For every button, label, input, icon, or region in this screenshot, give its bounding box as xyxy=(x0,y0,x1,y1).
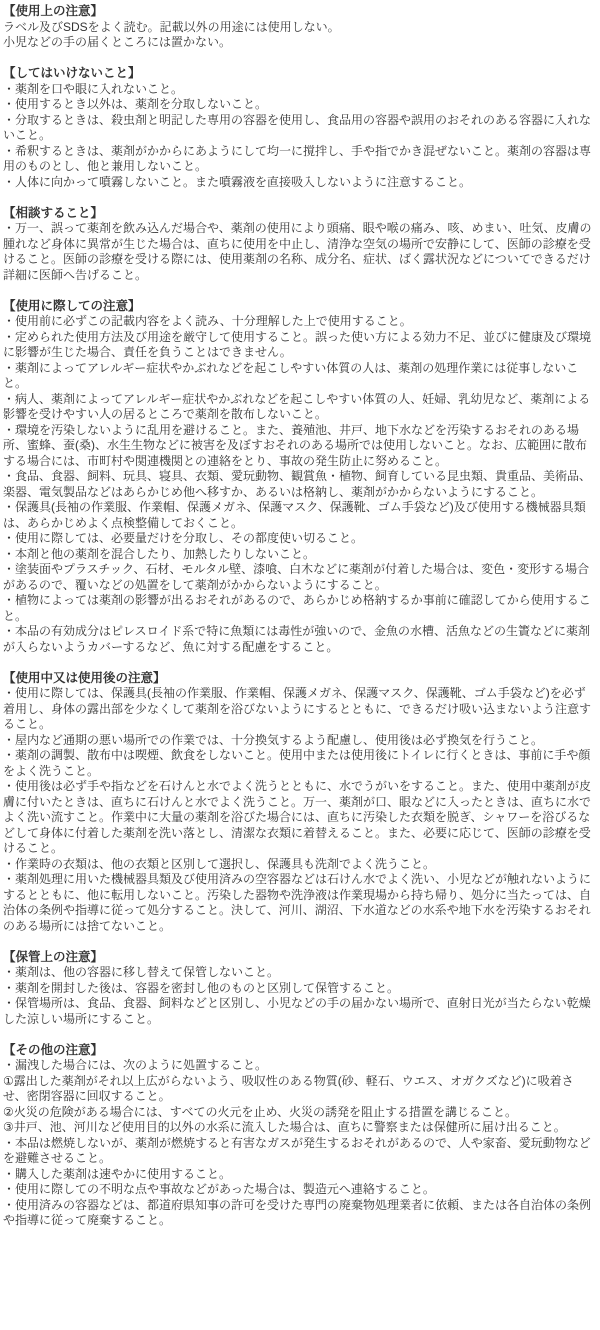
notice-paragraph: ・保護具(長袖の作業服、作業帽、保護メガネ、保護マスク、保護靴、ゴム手袋など)及… xyxy=(3,500,597,531)
notice-paragraph: ・薬剤の調製、散布中は喫煙、飲食をしないこと。使用中または使用後にトイレに行くと… xyxy=(3,748,597,779)
notice-paragraph: ・定められた使用方法及び用途を厳守して使用すること。誤った使い方による効力不足、… xyxy=(3,330,597,361)
notice-paragraph: ・植物によっては薬剤の影響が出るおそれがあるので、あらかじめ格納するか事前に確認… xyxy=(3,593,597,624)
notice-paragraph: ②火災の危険がある場合には、すべての火元を止め、火災の誘発を阻止する措置を講じる… xyxy=(3,1105,597,1121)
notice-paragraph: ・薬剤によってアレルギー症状やかぶれなどを起こしやすい体質の人は、薬剤の処理作業… xyxy=(3,361,597,392)
notice-paragraph: 小児などの手の届くところには置かない。 xyxy=(3,35,597,51)
notice-paragraph: ・塗装面やプラスチック、石材、モルタル壁、漆喰、白木などに薬剤が付着した場合は、… xyxy=(3,562,597,593)
notice-paragraph: ・万一、誤って薬剤を飲み込んだ場合や、薬剤の使用により頭痛、眼や喉の痛み、咳、め… xyxy=(3,221,597,283)
notice-paragraph: ・人体に向かって噴霧しないこと。また噴霧液を直接吸入しないように注意すること。 xyxy=(3,175,597,191)
section-title: 【相談すること】 xyxy=(3,206,597,222)
notice-paragraph: ・購入した薬剤は速やかに使用すること。 xyxy=(3,1167,597,1183)
notice-paragraph: ・作業時の衣類は、他の衣類と区別して選択し、保護具も洗剤でよく洗うこと。 xyxy=(3,857,597,873)
notice-paragraph: ・薬剤処理に用いた機械器具類及び使用済みの空容器などは石けん水でよく洗い、小児な… xyxy=(3,872,597,934)
section-title: 【してはいけないこと】 xyxy=(3,66,597,82)
notice-paragraph: ・分取するときは、殺虫剤と明記した専用の容器を使用し、食品用の容器や誤用のおそれ… xyxy=(3,113,597,144)
notice-section: 【使用中又は使用後の注意】・使用に際しては、保護具(長袖の作業服、作業帽、保護メ… xyxy=(3,671,597,935)
notice-paragraph: ・使用に際しての不明な点や事故などがあった場合は、製造元へ連絡すること。 xyxy=(3,1182,597,1198)
document-body: 【使用上の注意】ラベル及びSDSをよく読む。記載以外の用途には使用しない。小児な… xyxy=(3,4,597,1229)
notice-paragraph: ・病人、薬剤によってアレルギー症状やかぶれなどを起こしやすい体質の人、妊婦、乳幼… xyxy=(3,392,597,423)
section-title: 【その他の注意】 xyxy=(3,1043,597,1059)
notice-paragraph: ・環境を汚染しないように乱用を避けること。また、養殖池、井戸、地下水などを汚染す… xyxy=(3,423,597,470)
notice-paragraph: ・本剤と他の薬剤を混合したり、加熱したりしないこと。 xyxy=(3,547,597,563)
notice-paragraph: ・使用後は必ず手や指などを石けんと水でよく洗うとともに、水でうがいをすること。ま… xyxy=(3,779,597,857)
notice-section: 【使用に際しての注意】・使用前に必ずこの記載内容をよく読み、十分理解した上で使用… xyxy=(3,299,597,656)
notice-paragraph: ・使用に際しては、保護具(長袖の作業服、作業帽、保護メガネ、保護マスク、保護靴、… xyxy=(3,686,597,733)
notice-paragraph: ・希釈するときは、薬剤がかからにあようにして均一に撹拌し、手や指でかき混ぜないこ… xyxy=(3,144,597,175)
notice-section: 【相談すること】・万一、誤って薬剤を飲み込んだ場合や、薬剤の使用により頭痛、眼や… xyxy=(3,206,597,284)
notice-paragraph: ・使用前に必ずこの記載内容をよく読み、十分理解した上で使用すること。 xyxy=(3,314,597,330)
notice-section: 【その他の注意】・漏洩した場合には、次のように処置すること。①露出した薬剤がそれ… xyxy=(3,1043,597,1229)
notice-paragraph: ・漏洩した場合には、次のように処置すること。 xyxy=(3,1058,597,1074)
section-title: 【使用上の注意】 xyxy=(3,4,597,20)
notice-paragraph: ③井戸、池、河川など使用目的以外の水系に流入した場合は、直ちに警察または保健所に… xyxy=(3,1120,597,1136)
section-title: 【保管上の注意】 xyxy=(3,950,597,966)
notice-section: 【使用上の注意】ラベル及びSDSをよく読む。記載以外の用途には使用しない。小児な… xyxy=(3,4,597,51)
section-title: 【使用中又は使用後の注意】 xyxy=(3,671,597,687)
notice-paragraph: ・薬剤は、他の容器に移し替えて保管しないこと。 xyxy=(3,965,597,981)
notice-paragraph: ・食品、食器、飼料、玩具、寝具、衣類、愛玩動物、観賞魚・植物、飼育している昆虫類… xyxy=(3,469,597,500)
notice-paragraph: ・薬剤を開封した後は、容器を密封し他のものと区別して保管すること。 xyxy=(3,981,597,997)
notice-section: 【保管上の注意】・薬剤は、他の容器に移し替えて保管しないこと。・薬剤を開封した後… xyxy=(3,950,597,1028)
notice-paragraph: ・使用するとき以外は、薬剤を分取しないこと。 xyxy=(3,97,597,113)
notice-paragraph: ・本品は燃焼しないが、薬剤が燃焼すると有害なガスが発生するおそれがあるので、人や… xyxy=(3,1136,597,1167)
notice-paragraph: ・本品の有効成分はピレスロイド系で特に魚類には毒性が強いので、金魚の水槽、活魚な… xyxy=(3,624,597,655)
section-title: 【使用に際しての注意】 xyxy=(3,299,597,315)
notice-paragraph: ・使用に際しては、必要量だけを分取し、その都度使い切ること。 xyxy=(3,531,597,547)
notice-paragraph: ①露出した薬剤がそれ以上広がらないよう、吸収性のある物質(砂、軽石、ウエス、オガ… xyxy=(3,1074,597,1105)
notice-paragraph: ラベル及びSDSをよく読む。記載以外の用途には使用しない。 xyxy=(3,20,597,36)
notice-paragraph: ・使用済みの容器などは、都道府県知事の許可を受けた専門の廃棄物処理業者に依頼、ま… xyxy=(3,1198,597,1229)
notice-paragraph: ・屋内など通期の悪い場所での作業では、十分換気するよう配慮し、使用後は必ず換気を… xyxy=(3,733,597,749)
notice-paragraph: ・保管場所は、食品、食器、飼料などと区別し、小児などの手の届かない場所で、直射日… xyxy=(3,996,597,1027)
notice-section: 【してはいけないこと】・薬剤を口や眼に入れないこと。・使用するとき以外は、薬剤を… xyxy=(3,66,597,190)
notice-paragraph: ・薬剤を口や眼に入れないこと。 xyxy=(3,82,597,98)
